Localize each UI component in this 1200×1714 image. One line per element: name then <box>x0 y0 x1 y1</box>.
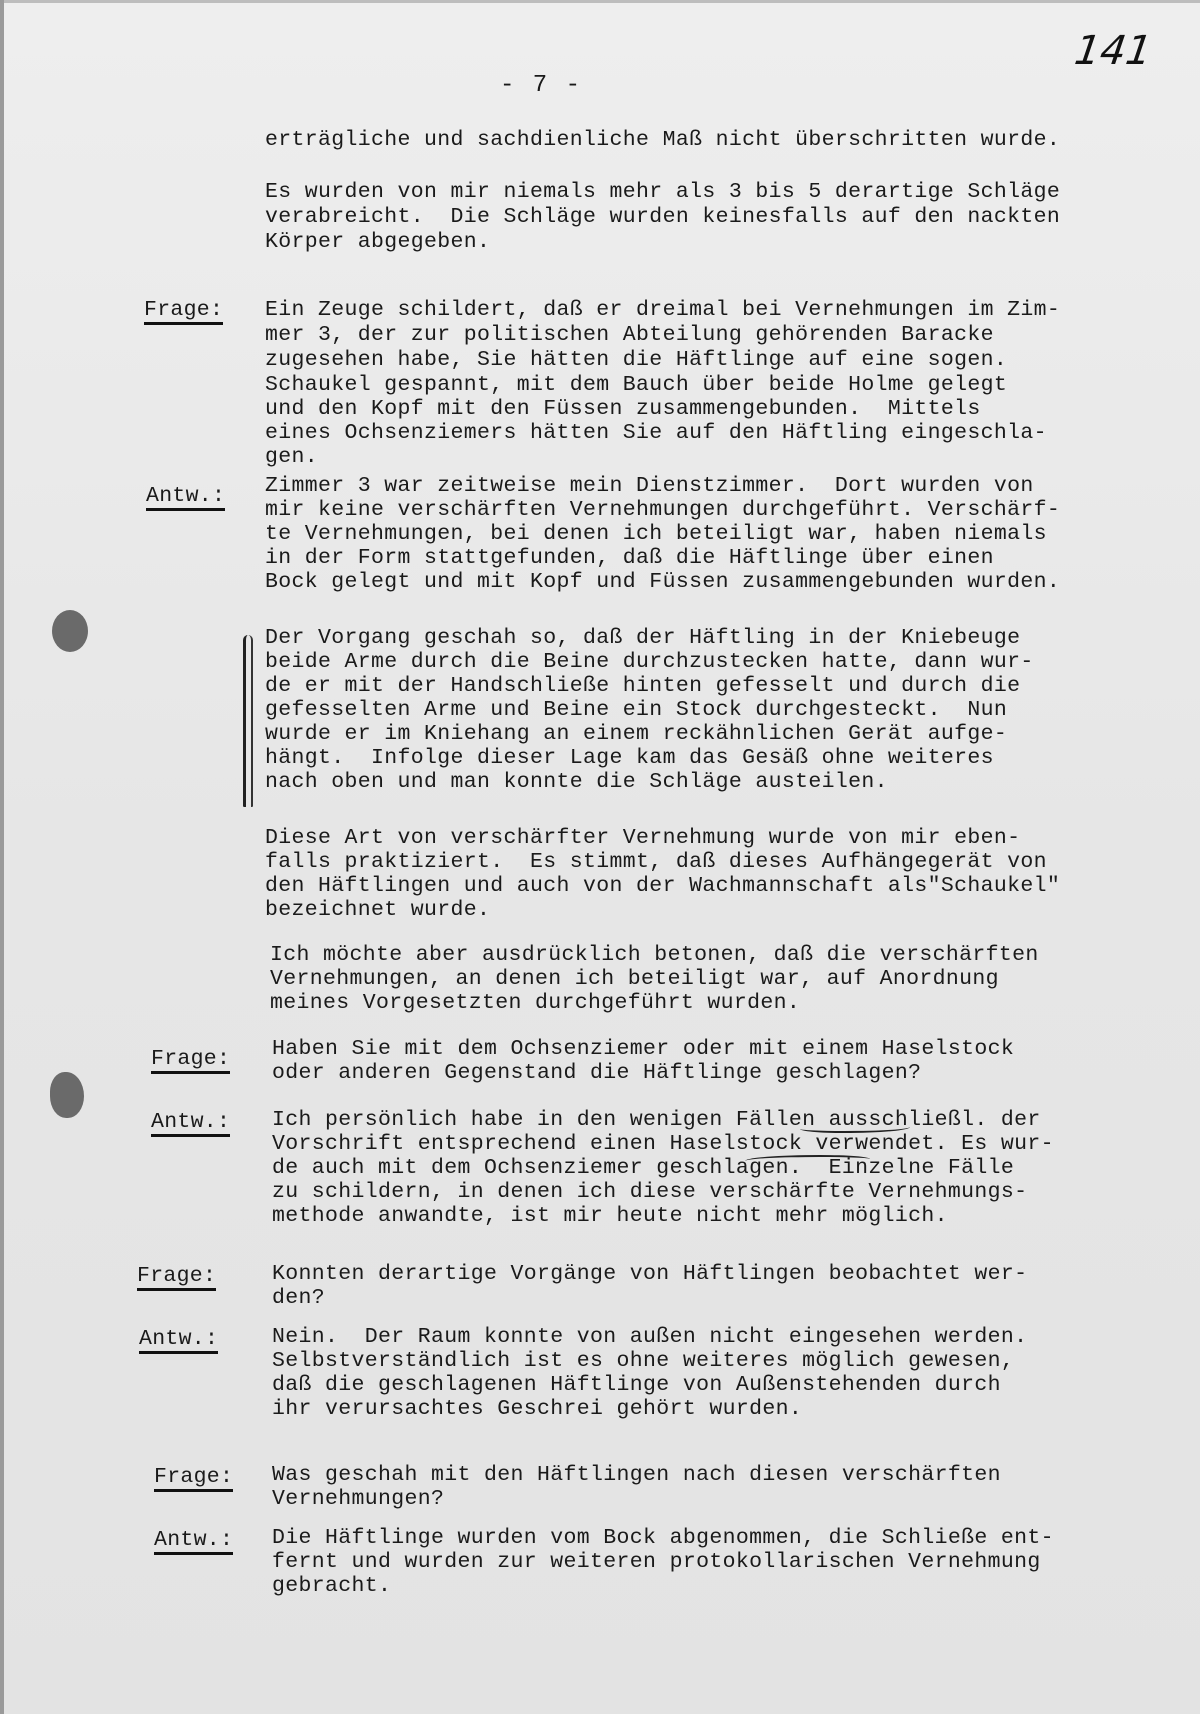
text-line: mer 3, der zur politischen Abteilung geh… <box>265 323 994 347</box>
text-line: Ich persönlich habe in den wenigen Fälle… <box>272 1108 1041 1132</box>
page-top-edge <box>0 0 1200 3</box>
document-page: - 7 - 141 erträgliche und sachdienliche … <box>0 0 1200 1714</box>
text-line: und den Kopf mit den Füssen zusammengebu… <box>265 397 981 421</box>
text-line: gen. <box>265 445 318 469</box>
text-line: bezeichnet wurde. <box>265 898 490 922</box>
text-line: meines Vorgesetzten durchgeführt wurden. <box>270 991 800 1015</box>
text-line: daß die geschlagenen Häftlinge von Außen… <box>272 1373 1001 1397</box>
text-line: Bock gelegt und mit Kopf und Füssen zusa… <box>265 570 1060 594</box>
text-line: Ich möchte aber ausdrücklich betonen, da… <box>270 943 1039 967</box>
answer-label: Antw.: <box>146 484 225 511</box>
page-number: - 7 - <box>500 72 582 99</box>
ink-blot-icon <box>50 1072 84 1118</box>
ink-blot-icon <box>52 610 88 652</box>
question-label: Frage: <box>144 298 223 325</box>
text-line: de auch mit dem Ochsenziemer geschlagen.… <box>272 1156 1014 1180</box>
page-left-edge <box>0 0 4 1714</box>
text-line: Vernehmungen, an denen ich beteiligt war… <box>270 967 999 991</box>
text-line: Der Vorgang geschah so, daß der Häftling… <box>265 626 1020 650</box>
handwritten-archive-number: 141 <box>1072 28 1155 74</box>
text-line: Die Häftlinge wurden vom Bock abgenommen… <box>272 1526 1054 1550</box>
text-line: de er mit der Handschließe hinten gefess… <box>265 674 1020 698</box>
text-line: Es wurden von mir niemals mehr als 3 bis… <box>265 180 1060 204</box>
text-line: zu schildern, in denen ich diese verschä… <box>272 1180 1027 1204</box>
text-line: eines Ochsenziemers hätten Sie auf den H… <box>265 421 1047 445</box>
pen-underline-mark <box>745 1155 870 1165</box>
text-line: den Häftlingen und auch von der Wachmann… <box>265 874 1060 898</box>
text-line: hängt. Infolge dieser Lage kam das Gesäß… <box>265 746 994 770</box>
question-label: Frage: <box>154 1465 233 1492</box>
text-line: Nein. Der Raum konnte von außen nicht ei… <box>272 1325 1027 1349</box>
text-line: methode anwandte, ist mir heute nicht me… <box>272 1204 948 1228</box>
text-line: Vorschrift entsprechend einen Haselstock… <box>272 1132 1054 1156</box>
text-line: beide Arme durch die Beine durchzustecke… <box>265 650 1034 674</box>
text-line: ihr verursachtes Geschrei gehört wurden. <box>272 1397 802 1421</box>
text-line: te Vernehmungen, bei denen ich beteiligt… <box>265 522 1047 546</box>
text-line: nach oben und man konnte die Schläge aus… <box>265 770 888 794</box>
answer-label: Antw.: <box>151 1110 230 1137</box>
text-line: wurde er im Kniehang an einem reckähnlic… <box>265 722 1007 746</box>
text-line: falls praktiziert. Es stimmt, daß dieses… <box>265 850 1047 874</box>
text-line: in der Form stattgefunden, daß die Häftl… <box>265 546 994 570</box>
text-line: verabreicht. Die Schläge wurden keinesfa… <box>265 205 1060 229</box>
text-line: Ein Zeuge schildert, daß er dreimal bei … <box>265 298 1060 322</box>
text-line: Körper abgegeben. <box>265 230 490 254</box>
text-line: Selbstverständlich ist es ohne weiteres … <box>272 1349 1014 1373</box>
text-line: zugesehen habe, Sie hätten die Häftlinge… <box>265 348 1007 372</box>
text-line: mir keine verschärften Vernehmungen durc… <box>265 498 1060 522</box>
margin-bracket-mark <box>243 635 253 807</box>
answer-label: Antw.: <box>154 1528 233 1555</box>
text-line: Was geschah mit den Häftlingen nach dies… <box>272 1463 1001 1487</box>
question-label: Frage: <box>151 1047 230 1074</box>
answer-label: Antw.: <box>139 1327 218 1354</box>
text-line: fernt und wurden zur weiteren protokolla… <box>272 1550 1041 1574</box>
text-line: Diese Art von verschärfter Vernehmung wu… <box>265 826 1020 850</box>
text-line: oder anderen Gegenstand die Häftlinge ge… <box>272 1061 921 1085</box>
text-line: gebracht. <box>272 1574 391 1598</box>
text-line: Zimmer 3 war zeitweise mein Dienstzimmer… <box>265 474 1034 498</box>
text-line: erträgliche und sachdienliche Maß nicht … <box>265 128 1060 152</box>
question-label: Frage: <box>137 1264 216 1291</box>
text-line: Konnten derartige Vorgänge von Häftlinge… <box>272 1262 1027 1286</box>
text-line: Vernehmungen? <box>272 1487 444 1511</box>
text-line: den? <box>272 1286 325 1310</box>
text-line: Haben Sie mit dem Ochsenziemer oder mit … <box>272 1037 1014 1061</box>
text-line: Schaukel gespannt, mit dem Bauch über be… <box>265 373 1007 397</box>
text-line: gefesselten Arme und Beine ein Stock dur… <box>265 698 1007 722</box>
